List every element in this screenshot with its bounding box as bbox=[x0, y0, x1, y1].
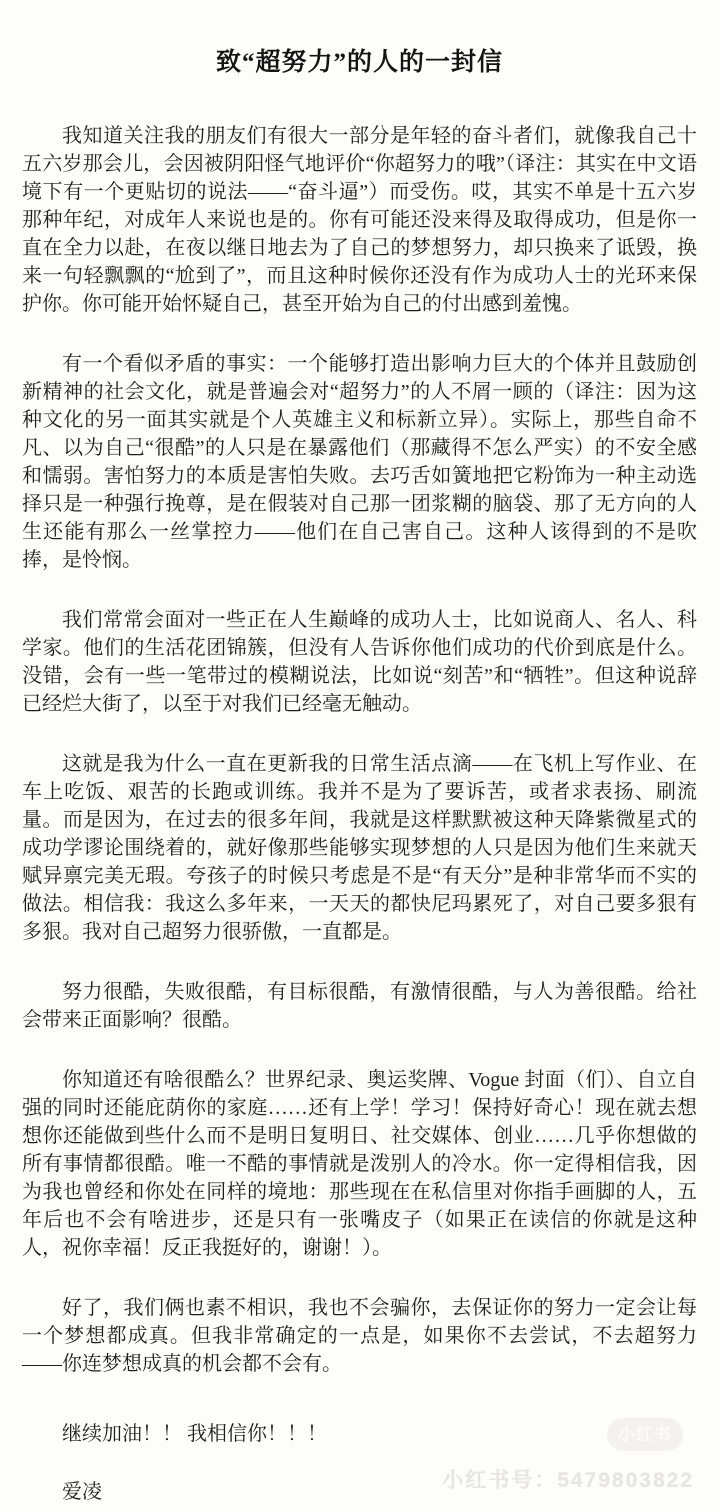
xiaohongshu-logo-badge: 小红书 bbox=[607, 1418, 683, 1451]
letter-paragraph-3: 我们常常会面对一些正在人生巅峰的成功人士，比如说商人、名人、科学家。他们的生活花… bbox=[22, 606, 697, 718]
letter-title: 致“超努力”的人的一封信 bbox=[22, 0, 697, 78]
letter-body: 我知道关注我的朋友们有很大一部分是年轻的奋斗者们，就像我自己十五六岁那会儿，会因… bbox=[22, 122, 697, 1506]
xiaohongshu-id-watermark: 小红书号：5479803822 bbox=[442, 1464, 694, 1494]
letter-paragraph-1: 我知道关注我的朋友们有很大一部分是年轻的奋斗者们，就像我自己十五六岁那会儿，会因… bbox=[22, 122, 697, 318]
letter-page: 致“超努力”的人的一封信 我知道关注我的朋友们有很大一部分是年轻的奋斗者们，就像… bbox=[0, 0, 720, 1512]
cheer-line: 继续加油！！ 我相信你！！！ bbox=[22, 1420, 697, 1448]
letter-paragraph-7: 好了，我们俩也素不相识，我也不会骗你，去保证你的努力一定会让每一个梦想都成真。但… bbox=[22, 1294, 697, 1378]
letter-paragraph-5: 努力很酷，失败很酷，有目标很酷，有激情很酷，与人为善很酷。给社会带来正面影响？很… bbox=[22, 978, 697, 1034]
letter-paragraph-6: 你知道还有啥很酷么？世界纪录、奥运奖牌、Vogue 封面（们）、自立自强的同时还… bbox=[22, 1066, 697, 1262]
letter-paragraph-4: 这就是我为什么一直在更新我的日常生活点滴——在飞机上写作业、在车上吃饭、艰苦的长… bbox=[22, 750, 697, 946]
letter-paragraph-2: 有一个看似矛盾的事实：一个能够打造出影响力巨大的个体并且鼓励创新精神的社会文化，… bbox=[22, 350, 697, 574]
letter-content: 致“超努力”的人的一封信 我知道关注我的朋友们有很大一部分是年轻的奋斗者们，就像… bbox=[22, 0, 697, 1506]
